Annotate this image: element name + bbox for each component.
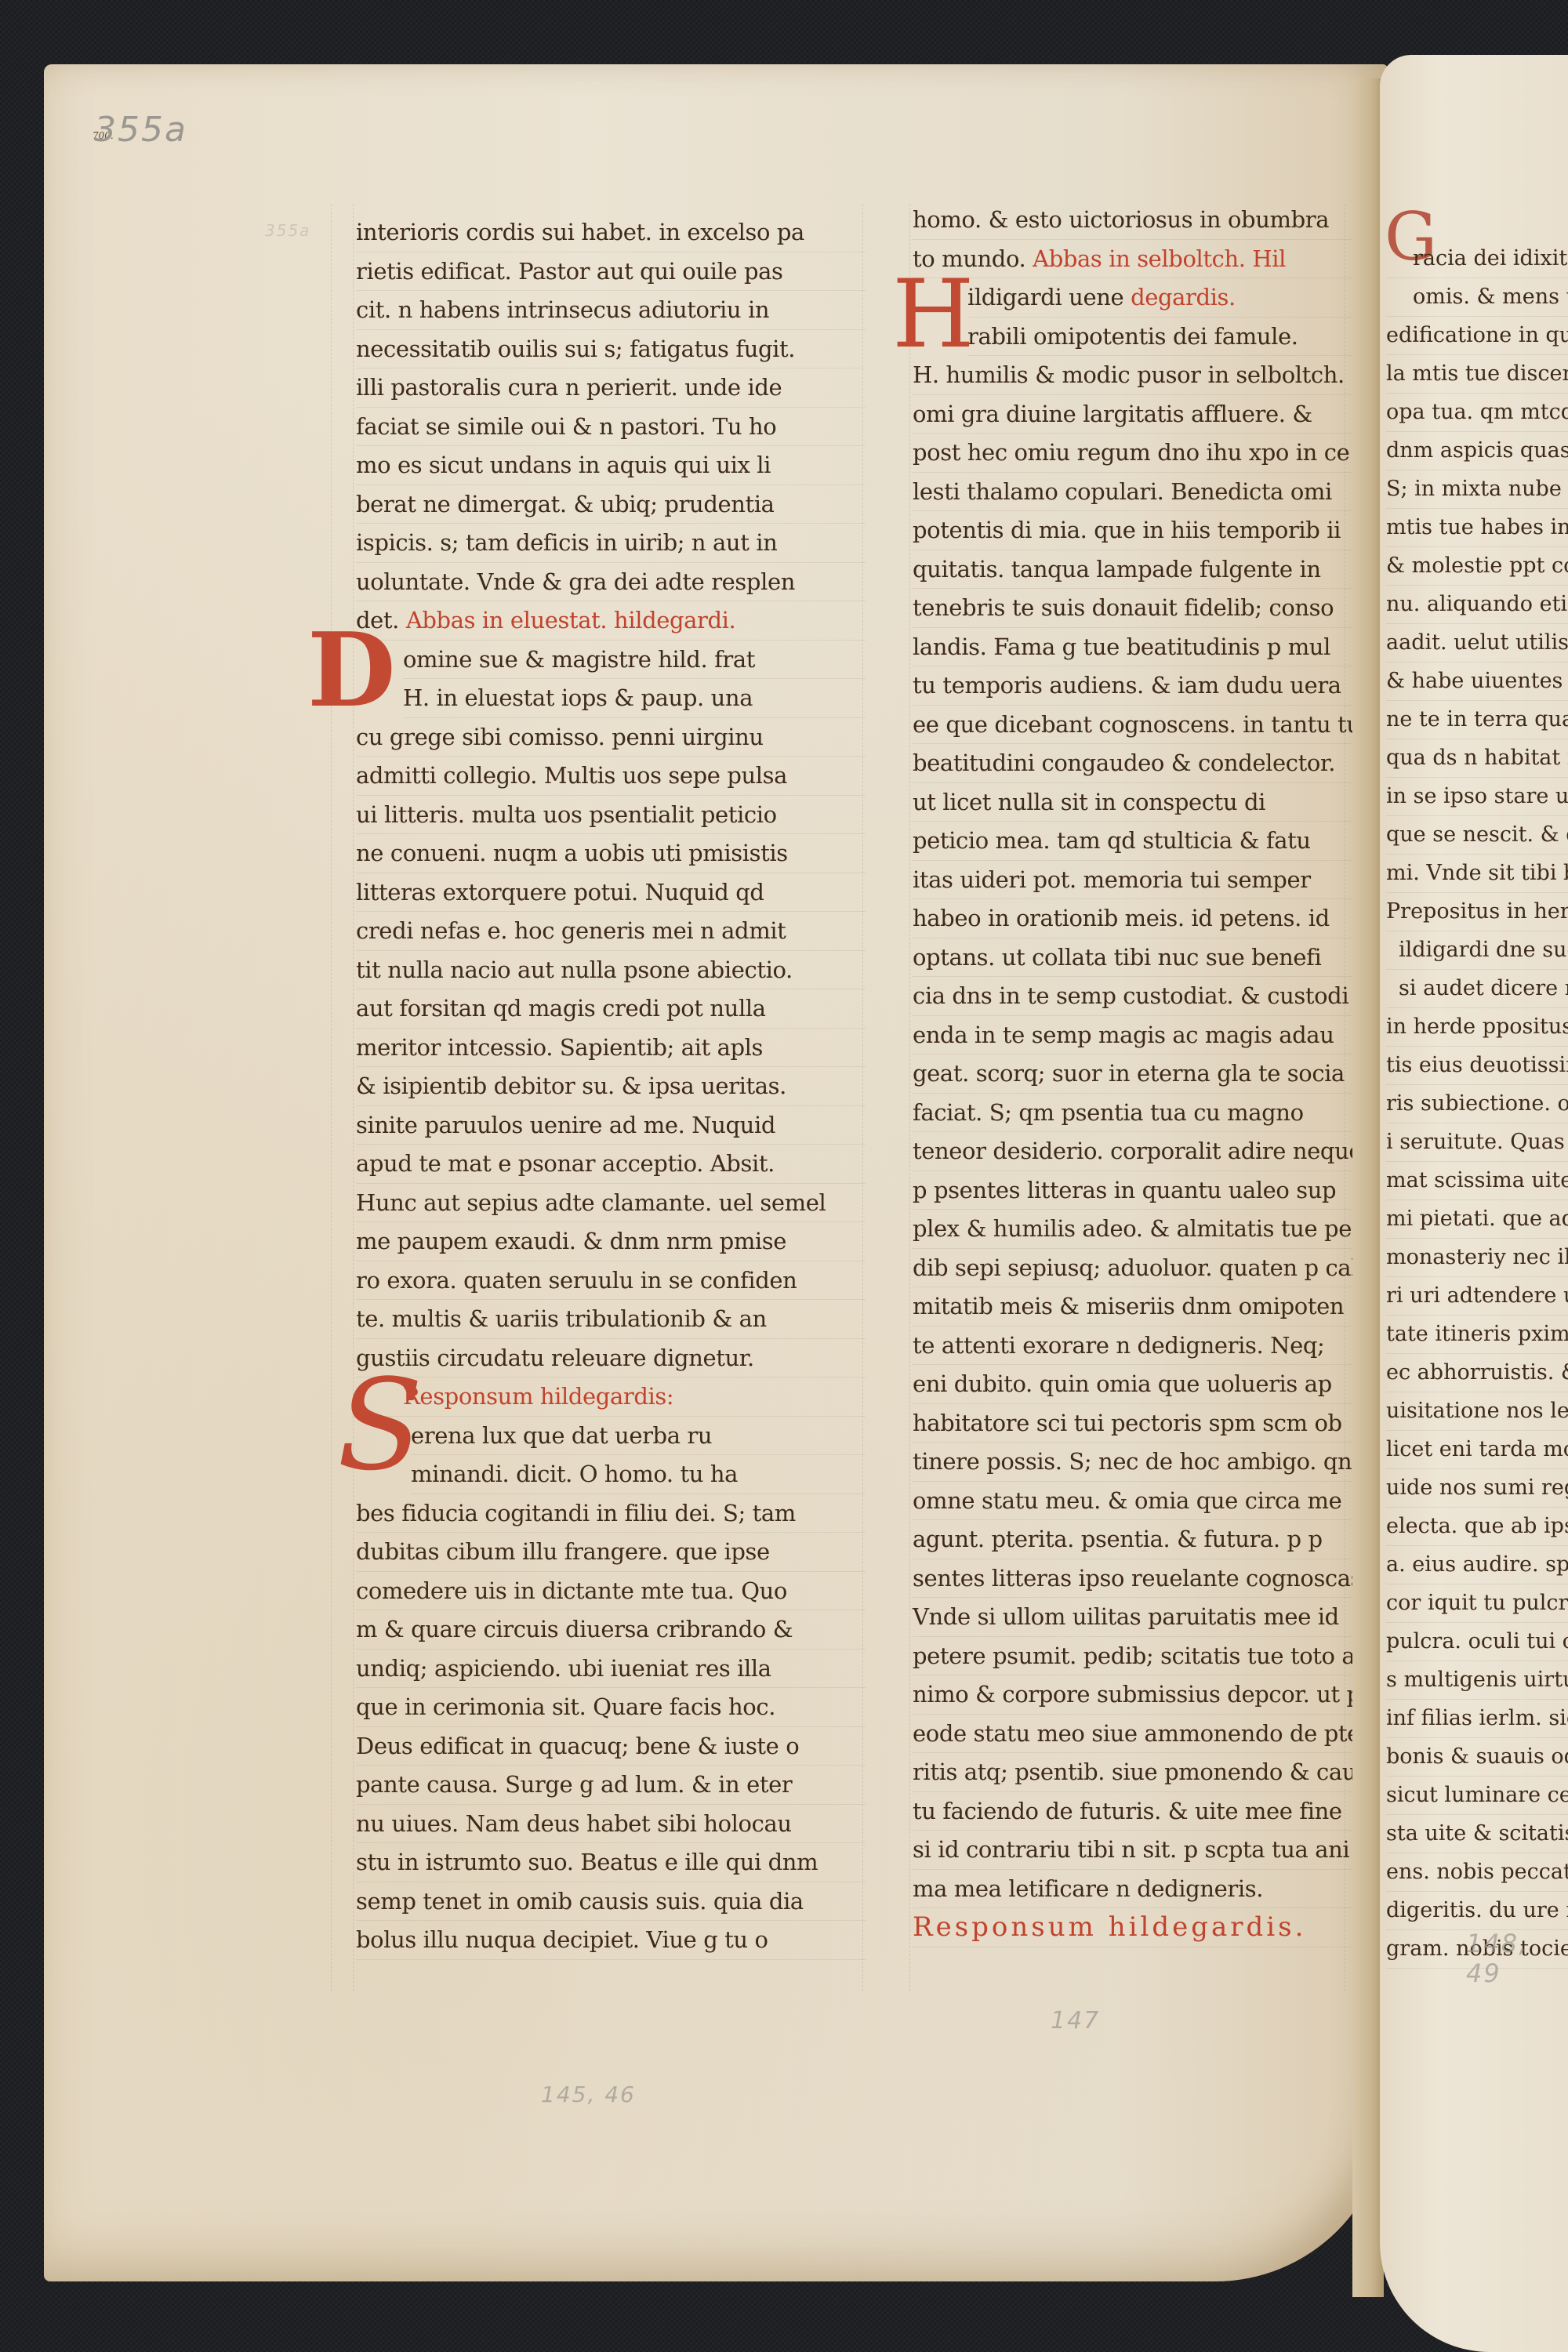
pencil-note-facing: 148, 49 [1466,1929,1568,1988]
text-line: post hec omiu regum dno ihu xpo in ce [913,434,1352,473]
text-line: Hunc aut sepius adte clamante. uel semel [356,1184,866,1223]
text-line: que se nescit. & dat illi un [1386,816,1568,855]
facing-page-recto: G racia dei idixit te ad omis. & mens tu… [1380,55,1568,2352]
text-line: racia dei idixit te ad [1386,240,1568,278]
text-line: sta uite & scitatis coposit [1386,1815,1568,1853]
text-line: omne statu meu. & omia que circa me [913,1482,1352,1521]
text-line: ri uri adtendere uolu [1386,1277,1568,1316]
text-line: cia dns in te semp custodiat. & custodi [913,977,1352,1016]
text-line: omine sue & magistre hild. frat [403,641,866,680]
decorated-initial-d: D [307,619,396,721]
text-line: cit. n habens intrinsecus adiutoriu in [356,291,866,330]
text-line: semp tenet in omib causis suis. quia dia [356,1882,866,1922]
text-line: illi pastoralis cura n perierit. unde id… [356,368,866,408]
text-line: mo es sicut undans in aquis qui uix li [356,446,866,485]
text-line: que in cerimonia sit. Quare facis hoc. [356,1688,866,1727]
text-line: tinere possis. S; nec de hoc ambigo. qn [913,1443,1352,1482]
text-line: uide nos sumi regis spon [1386,1469,1568,1508]
text-line: tu faciendo de futuris. & uite mee fine [913,1792,1352,1831]
rubric-heading: Abbas in selboltch. Hil [1033,245,1286,272]
text-line: si audet dicere mat [1386,970,1568,1008]
text-line: S; in mixta nube es. quand [1386,470,1568,509]
text-line: qua ds n habitat in illo h [1386,739,1568,778]
text-line: agunt. pterita. psentia. & futura. p p [913,1520,1352,1559]
text-line: peticio mea. tam qd stulticia & fatu [913,822,1352,861]
text-line: bonis & suauis odor x [1386,1738,1568,1777]
text-line: aadit. uelut utilis sis. Pr [1386,624,1568,662]
text-line: omis. & mens tua n ed [1386,278,1568,317]
text-line: m & quare circuis diuersa cribrando & [356,1610,866,1650]
text-line: aut forsitan qd magis credi pot nulla [356,989,866,1029]
text-line: eni dubito. quin omia que uolueris ap [913,1365,1352,1404]
left-column-text: interioris cordis sui habet. in excelso … [356,213,866,1960]
text-line: rietis edificat. Pastor aut qui ouile pa… [356,252,866,292]
text-line: tate itineris pximia co [1386,1316,1568,1354]
text-line: lesti thalamo copulari. Benedicta omi [913,473,1352,512]
text-line: cor iquit tu pulcra amica [1386,1584,1568,1623]
text-line: me paupem exaudi. & dnm nrm pmise [356,1222,866,1261]
text-line: quitatis. tanqua lampade fulgente in [913,550,1352,590]
text-line: homo. & esto uictoriosus in obumbra [913,201,1352,240]
decorated-initial-s: S [337,1363,423,1488]
text-line: electa. que ab ipsius spon [1386,1508,1568,1546]
text-line: ildigardi dne sue u [1386,931,1568,970]
text-line: meritor intcessio. Sapientib; ait apls [356,1029,866,1068]
text-line: tu temporis audiens. & iam dudu uera [913,666,1352,706]
faint-folio-mark: 355a [265,221,310,240]
folio-number: 355a [94,110,187,150]
text-line: i seruitute. Quas gratri [1386,1123,1568,1162]
text-line: nimo & corpore submissius depcor. ut pro [913,1675,1352,1715]
text-line: te attenti exorare n dedigneris. Neq; [913,1327,1352,1366]
text-line: enda in te semp magis ac magis adau [913,1016,1352,1055]
text-line: stu in istrumto suo. Beatus e ille qui d… [356,1843,866,1882]
text-line: credi nefas e. hoc generis mei n admit [356,912,866,951]
ruling-line [353,204,354,1991]
text-line: optans. ut collata tibi nuc sue benefi [913,938,1352,978]
pencil-note-left: 145, 46 [541,2082,636,2107]
text-line: habeo in orationib meis. id petens. id [913,899,1352,938]
text-line: mtis tue habes in tribulat [1386,509,1568,547]
text-line: sicut luminare celi int ter [1386,1777,1568,1815]
text-line: ma mea letificare n dedigneris. [913,1870,1352,1909]
text-line: p psentes litteras in quantu ualeo sup [913,1171,1352,1210]
text-line: berat ne dimergat. & ubiq; prudentia [356,485,866,524]
pencil-note-right: 147 [1051,2007,1100,2034]
text-line: digeritis. du ure mater [1386,1892,1568,1930]
text-line: dubitas cibum illu frangere. que ipse [356,1533,866,1572]
text-line: necessitatib ouilis sui s; fatigatus fug… [356,330,866,369]
text-line: bolus illu nuqua decipiet. Viue g tu o [356,1921,866,1960]
rubric-heading: degardis. [1131,284,1236,310]
text-line: habitatore sci tui pectoris spm scm ob [913,1404,1352,1443]
text-line: & habe uiuentes oculos in [1386,662,1568,701]
text-line: landis. Fama g tue beatitudinis p mul [913,628,1352,667]
text-line: ec abhorruistis. & rur [1386,1354,1568,1392]
text-line: rabili omipotentis dei famule. [967,318,1352,357]
text-line: gustiis circudatu releuare dignetur. [356,1339,866,1378]
text-line: in se ipso stare uult. s; am [1386,778,1568,816]
rubric-heading-line: det. Abbas in eluestat. hildegardi. [356,601,866,641]
rubric-heading: Prepositus in herde. H [1386,893,1568,931]
text-line: mat scissima uite condig [1386,1162,1568,1200]
book-gutter [1352,78,1384,2297]
text-line: & isipientib debitor su. & ipsa ueritas. [356,1067,866,1106]
text-line: beatitudini congaudeo & condelector. [913,744,1352,783]
text-line: undiq; aspiciendo. ubi iueniat res illa [356,1650,866,1689]
text-line: inf filias ierlm. sicut li [1386,1700,1568,1738]
right-column-text: homo. & esto uictoriosus in obumbra to m… [913,201,1352,1947]
text-line: plex & humilis adeo. & almitatis tue pe [913,1210,1352,1249]
decorated-initial-h: H [892,268,975,362]
rubric-heading-line: ildigardi uene degardis. [967,278,1352,318]
text-line: opa tua. qm mtcdu in bona [1386,394,1568,432]
text-line: cu grege sibi comisso. penni uirginu [356,718,866,757]
text-line: apud te mat e psonar acceptio. Absit. [356,1145,866,1184]
text-line: nu. aliquando etia mens [1386,586,1568,624]
text-line: uisitatione nos letificare n [1386,1392,1568,1431]
text-line: te. multis & uariis tribulationib & an [356,1300,866,1339]
text-line: H. humilis & modic pusor in selboltch. [913,356,1352,395]
text-line: a. eius audire. specialis la [1386,1546,1568,1584]
text-line: ne conueni. nuqm a uobis uti pmisistis [356,834,866,873]
text-line: nu uiues. Nam deus habet sibi holocau [356,1805,866,1844]
text-line: faciat. S; qm psentia tua cu magno [913,1094,1352,1133]
text-line: monasteriy nec ibecillitat [1386,1239,1568,1277]
text-line: ee que dicebant cognoscens. in tantu tue [913,706,1352,745]
text-fragment: ildigardi uene [967,284,1123,310]
text-line: mitatib meis & miseriis dnm omipoten [913,1287,1352,1327]
text-line: dib sepi sepiusq; aduoluor. quaten p cal… [913,1249,1352,1288]
text-line: ritis atq; psentib. siue pmonendo & cau [913,1753,1352,1792]
text-line: sinite paruulos uenire ad me. Nuquid [356,1106,866,1145]
text-line: ne te in terra quasi te nes [1386,701,1568,739]
text-line: licet eni tarda molimina [1386,1431,1568,1469]
text-line: minandi. dicit. O homo. tu ha [411,1455,866,1494]
text-line: Vnde si ullom uilitas paruitatis mee id [913,1598,1352,1637]
text-line: si id contrariu tibi n sit. p scpta tua … [913,1831,1352,1870]
text-line: geat. scorq; suor in eterna gla te socia [913,1054,1352,1094]
text-line: bes fiducia cogitandi in filiu dei. S; t… [356,1494,866,1534]
text-line: admitti collegio. Multis uos sepe pulsa [356,757,866,796]
text-line: ris subiectione. oration [1386,1085,1568,1123]
ruling-line [331,204,332,1991]
response-rubric: Responsum hildegardis: [356,1377,866,1417]
text-line: omi gra diuine largitatis affluere. & [913,395,1352,434]
text-line: la mtis tue discernens que [1386,355,1568,394]
text-line: ut licet nulla sit in conspectu di [913,783,1352,822]
text-line: eode statu meo siue ammonendo de pte [913,1715,1352,1754]
text-line: s multigenis uirtutu co [1386,1661,1568,1700]
text-line: dnm aspicis quasi sanus sis [1386,432,1568,470]
text-line: potentis di mia. que in hiis temporib ii [913,511,1352,550]
text-line: faciat se simile oui & n pastori. Tu ho [356,408,866,447]
text-line: H. in eluestat iops & paup. una [403,679,866,718]
text-line: pante causa. Surge g ad lum. & in eter [356,1766,866,1805]
rubric-heading-line: to mundo. Abbas in selboltch. Hil [913,240,1352,279]
text-line: ispicis. s; tam deficis in uirib; n aut … [356,524,866,563]
text-line: ens. nobis peccatorib spe [1386,1853,1568,1892]
facing-page-text: racia dei idixit te ad omis. & mens tua … [1386,240,1568,1969]
text-line: mi. Vnde sit tibi bona [1386,855,1568,893]
text-line: Deus edificat in quacuq; bene & iuste o [356,1727,866,1766]
text-line: & molestie ppt constitution [1386,547,1568,586]
text-line: mi pietati. que ad iusi [1386,1200,1568,1239]
text-line: comedere uis in dictante mte tua. Quo [356,1572,866,1611]
text-line: tit nulla nacio aut nulla psone abiectio… [356,951,866,990]
text-line: ui litteris. multa uos psentialit petici… [356,796,866,835]
text-line: erena lux que dat uerba ru [411,1417,866,1456]
text-line: interioris cordis sui habet. in excelso … [356,213,866,252]
text-line: in herde ppositus licet [1386,1008,1568,1047]
response-rubric: Responsum hildegardis. [913,1908,1352,1947]
text-line: petere psumit. pedib; scitatis tue toto … [913,1637,1352,1676]
rubric-heading: Abbas in eluestat. hildegardi. [406,607,736,633]
text-line: uoluntate. Vnde & gra dei adte resplen [356,563,866,602]
text-line: sentes litteras ipso reuelante cognoscas… [913,1559,1352,1599]
text-line: litteras extorquere potui. Nuquid qd [356,873,866,913]
text-line: itas uideri pot. memoria tui semper [913,861,1352,900]
text-line: pulcra. oculi tui columbar. [1386,1623,1568,1661]
ruling-line [909,204,910,1991]
text-line: ro exora. quaten seruulu in se confiden [356,1261,866,1301]
text-line: tis eius deuotissim fam [1386,1047,1568,1085]
text-line: tenebris te suis donauit fidelib; conso [913,589,1352,628]
text-line: teneor desiderio. corporalit adire nequo… [913,1132,1352,1171]
text-line: edificatione in qua es. Unde [1386,317,1568,355]
